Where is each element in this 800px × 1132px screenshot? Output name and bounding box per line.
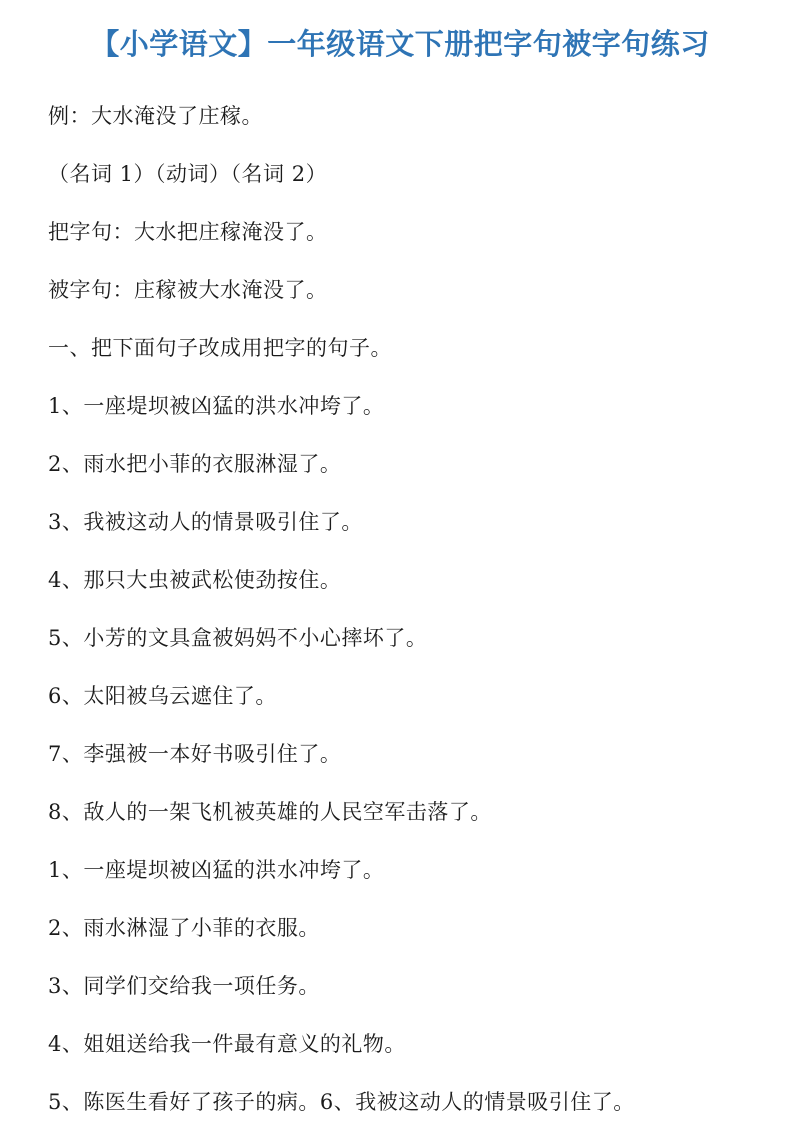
- exercise-item: 4、姐姐送给我一件最有意义的礼物。: [48, 1032, 752, 1057]
- bei-sentence-example: 被字句：庄稼被大水淹没了。: [48, 278, 752, 303]
- ba-sentence-example: 把字句：大水把庄稼淹没了。: [48, 220, 752, 245]
- worksheet-page: 【小学语文】一年级语文下册把字句被字句练习 例：大水淹没了庄稼。 （名词 1）（…: [0, 0, 800, 1132]
- exercise-item: 5、陈医生看好了孩子的病。6、我被这动人的情景吸引住了。: [48, 1090, 752, 1115]
- exercise-item: 3、同学们交给我一项任务。: [48, 974, 752, 999]
- example-annotation: （名词 1）（动词）（名词 2）: [48, 162, 752, 187]
- exercise-item: 1、一座堤坝被凶猛的洪水冲垮了。: [48, 858, 752, 883]
- exercise-item: 7、李强被一本好书吸引住了。: [48, 742, 752, 767]
- exercise-item: 2、雨水淋湿了小菲的衣服。: [48, 916, 752, 941]
- page-title: 【小学语文】一年级语文下册把字句被字句练习: [48, 24, 752, 64]
- section-one-heading: 一、把下面句子改成用把字的句子。: [48, 336, 752, 361]
- exercise-item: 5、小芳的文具盒被妈妈不小心摔坏了。: [48, 626, 752, 651]
- exercise-item: 1、一座堤坝被凶猛的洪水冲垮了。: [48, 394, 752, 419]
- exercise-item: 3、我被这动人的情景吸引住了。: [48, 510, 752, 535]
- exercise-item: 8、敌人的一架飞机被英雄的人民空军击落了。: [48, 800, 752, 825]
- example-sentence: 例：大水淹没了庄稼。: [48, 104, 752, 129]
- exercise-item: 4、那只大虫被武松使劲按住。: [48, 568, 752, 593]
- exercise-item: 6、太阳被乌云遮住了。: [48, 684, 752, 709]
- exercise-item: 2、雨水把小菲的衣服淋湿了。: [48, 452, 752, 477]
